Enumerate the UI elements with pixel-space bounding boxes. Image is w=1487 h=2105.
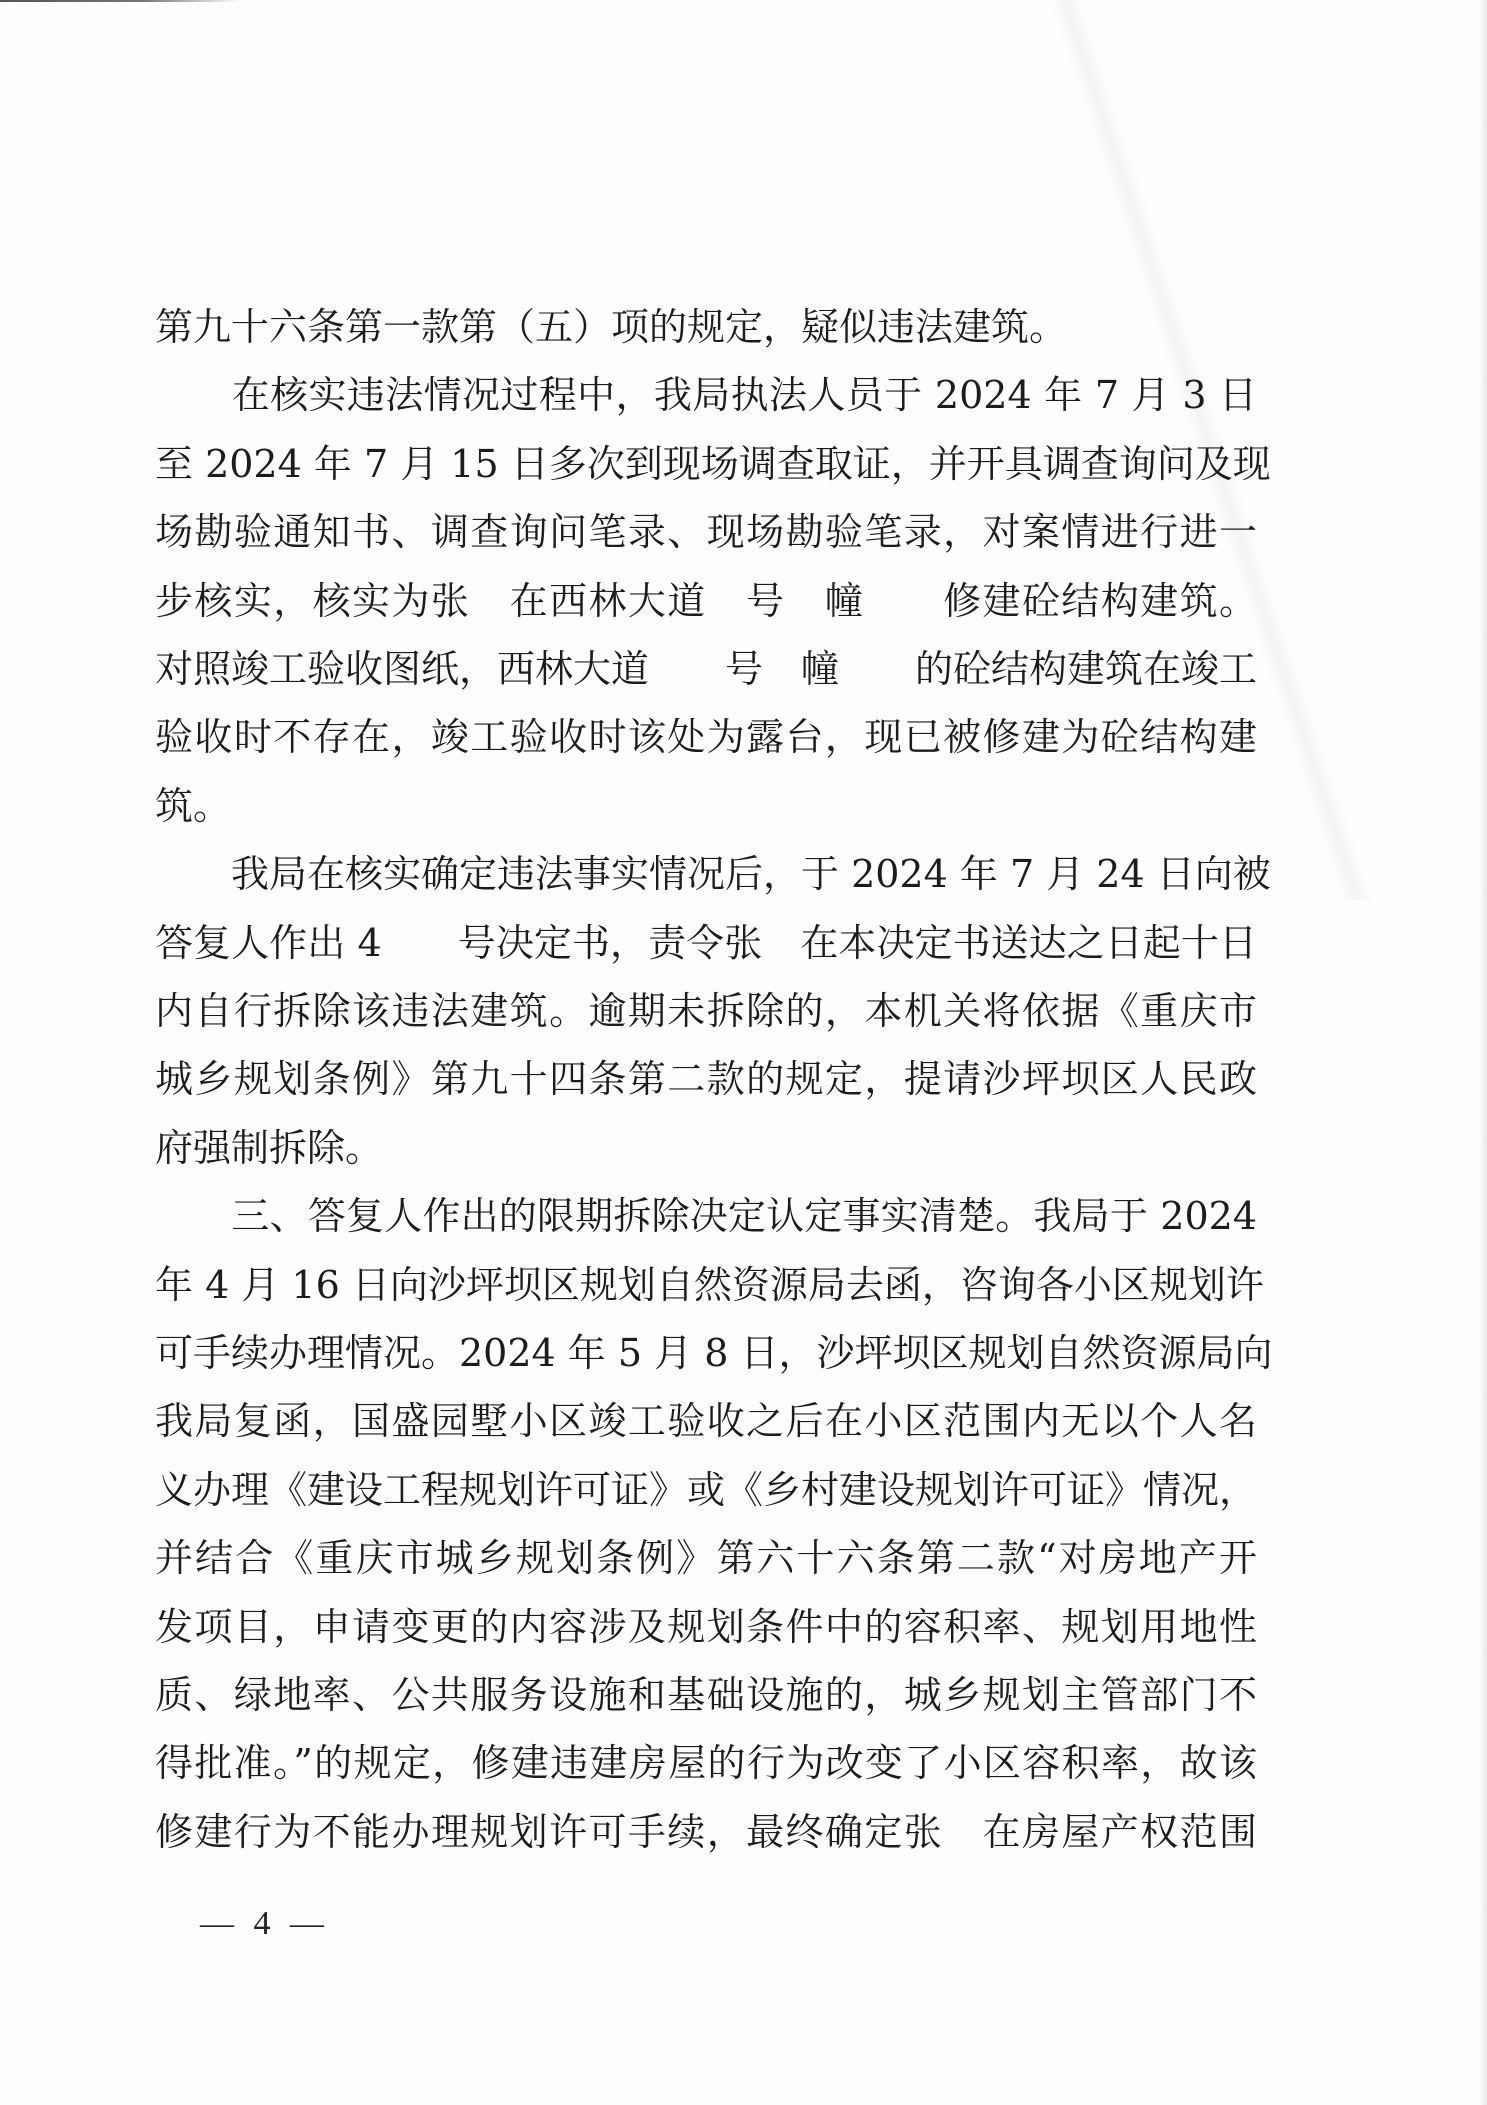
page-number: — 4 — [200, 1902, 324, 1946]
body-line-7: 验收时不存在，竣工验收时该处为露台，现已被修建为砼结构建 [155, 714, 1257, 760]
scan-edge-artifact [0, 0, 240, 2]
body-line-21: 质、绿地率、公共服务设施和基础设施的，城乡规划主管部门不 [155, 1672, 1257, 1718]
body-line-6: 对照竣工验收图纸，西林大道 号 幢 的砼结构建筑在竣工 [155, 646, 1257, 692]
body-line-16: 可手续办理情况。2024 年 5 月 8 日，沙坪坝区规划自然资源局向 [155, 1330, 1257, 1376]
body-line-13: 府强制拆除。 [155, 1125, 1257, 1171]
body-line-10: 答复人作出 4 号决定书，责令张 在本决定书送达之日起十日 [155, 920, 1257, 966]
body-line-5: 步核实，核实为张 在西林大道 号 幢 修建砼结构建筑。 [155, 578, 1257, 624]
body-line-1: 第九十六条第一款第（五）项的规定，疑似违法建筑。 [155, 304, 1257, 350]
body-line-17: 我局复函，国盛园墅小区竣工验收之后在小区范围内无以个人名 [155, 1398, 1257, 1444]
body-line-23: 修建行为不能办理规划许可手续，最终确定张 在房屋产权范围 [155, 1809, 1257, 1855]
body-line-12: 城乡规划条例》第九十四条第二款的规定，提请沙坪坝区人民政 [155, 1056, 1257, 1102]
body-line-18: 义办理《建设工程规划许可证》或《乡村建设规划许可证》情况， [155, 1467, 1257, 1513]
body-line-9: 我局在核实确定违法事实情况后，于 2024 年 7 月 24 日向被 [155, 851, 1257, 897]
body-line-15: 年 4 月 16 日向沙坪坝区规划自然资源局去函，咨询各小区规划许 [155, 1262, 1257, 1308]
body-line-11: 内自行拆除该违法建筑。逾期未拆除的，本机关将依据《重庆市 [155, 988, 1257, 1034]
body-line-22: 得批准。”的规定，修建违建房屋的行为改变了小区容积率，故该 [155, 1740, 1257, 1786]
body-line-3: 至 2024 年 7 月 15 日多次到现场调查取证，并开具调查询问及现 [155, 441, 1257, 487]
body-line-4: 场勘验通知书、调查询问笔录、现场勘验笔录，对案情进行进一 [155, 509, 1257, 555]
body-line-19: 并结合《重庆市城乡规划条例》第六十六条第二款“对房地产开 [155, 1535, 1257, 1581]
body-line-8: 筑。 [155, 783, 1257, 829]
body-line-20: 发项目，申请变更的内容涉及规划条件中的容积率、规划用地性 [155, 1604, 1257, 1650]
scan-right-shadow [1480, 0, 1487, 2105]
body-line-2: 在核实违法情况过程中，我局执法人员于 2024 年 7 月 3 日 [155, 372, 1257, 418]
body-line-14: 三、答复人作出的限期拆除决定认定事实清楚。我局于 2024 [155, 1193, 1257, 1239]
